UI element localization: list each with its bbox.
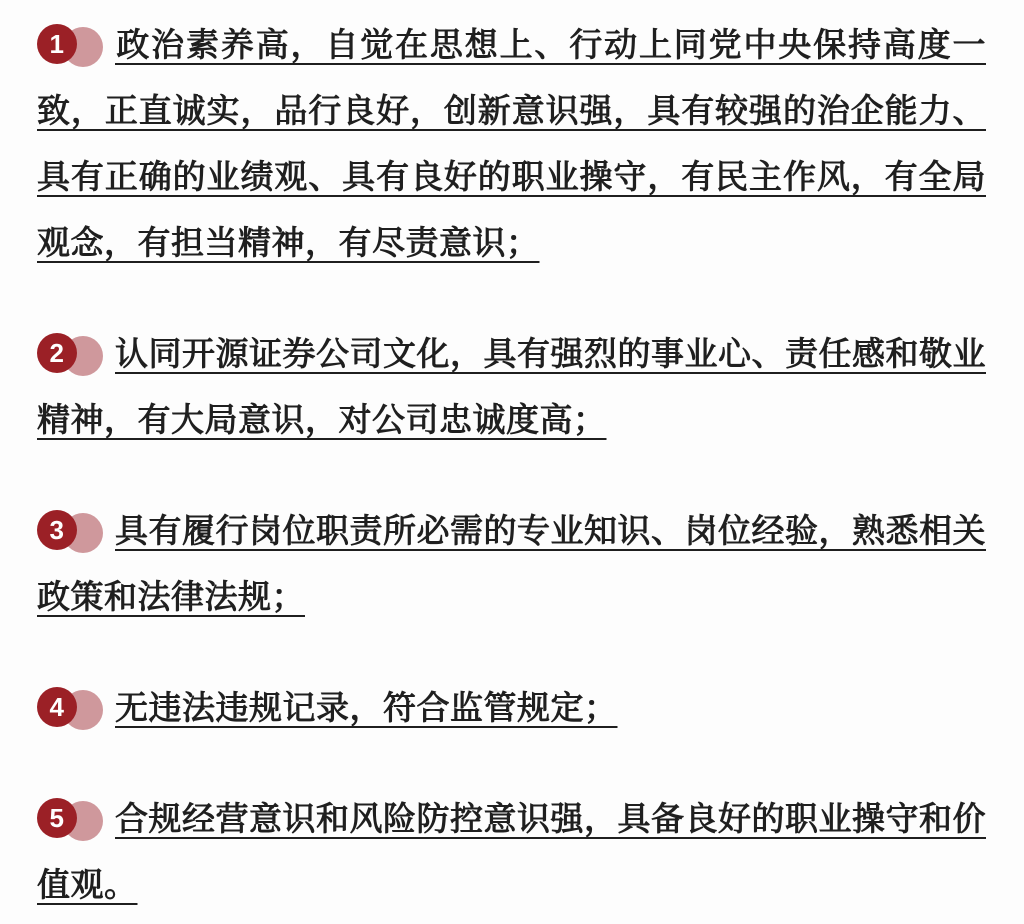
item-text: 合规经营意识和风险防控意识强，具备良好的职业操守和价值观。 (37, 800, 986, 903)
badge-number: 5 (37, 798, 77, 838)
list-item: 5合规经营意识和风险防控意识强，具备良好的职业操守和价值观。 (37, 786, 986, 918)
item-text: 无违法违规记录，符合监管规定； (115, 689, 618, 726)
item-text: 政治素养高，自觉在思想上、行动上同党中央保持高度一致，正直诚实，品行良好，创新意… (37, 26, 986, 261)
badge-number: 2 (37, 333, 77, 373)
requirements-document-page: 1政治素养高，自觉在思想上、行动上同党中央保持高度一致，正直诚实，品行良好，创新… (0, 0, 1024, 924)
list-item: 3具有履行岗位职责所必需的专业知识、岗位经验，熟悉相关政策和法律法规； (37, 498, 986, 630)
item-number-badge: 3 (37, 510, 103, 550)
item-number-badge: 5 (37, 798, 103, 838)
item-number-badge: 1 (37, 24, 103, 64)
list-item: 2认同开源证券公司文化，具有强烈的事业心、责任感和敬业精神，有大局意识，对公司忠… (37, 321, 986, 453)
item-text: 具有履行岗位职责所必需的专业知识、岗位经验，熟悉相关政策和法律法规； (37, 512, 986, 615)
item-number-badge: 2 (37, 333, 103, 373)
list-item: 4无违法违规记录，符合监管规定； (37, 675, 986, 741)
item-number-badge: 4 (37, 687, 103, 727)
item-text: 认同开源证券公司文化，具有强烈的事业心、责任感和敬业精神，有大局意识，对公司忠诚… (37, 335, 986, 438)
badge-number: 4 (37, 687, 77, 727)
badge-number: 1 (37, 24, 77, 64)
list-item: 1政治素养高，自觉在思想上、行动上同党中央保持高度一致，正直诚实，品行良好，创新… (37, 12, 986, 276)
badge-number: 3 (37, 510, 77, 550)
